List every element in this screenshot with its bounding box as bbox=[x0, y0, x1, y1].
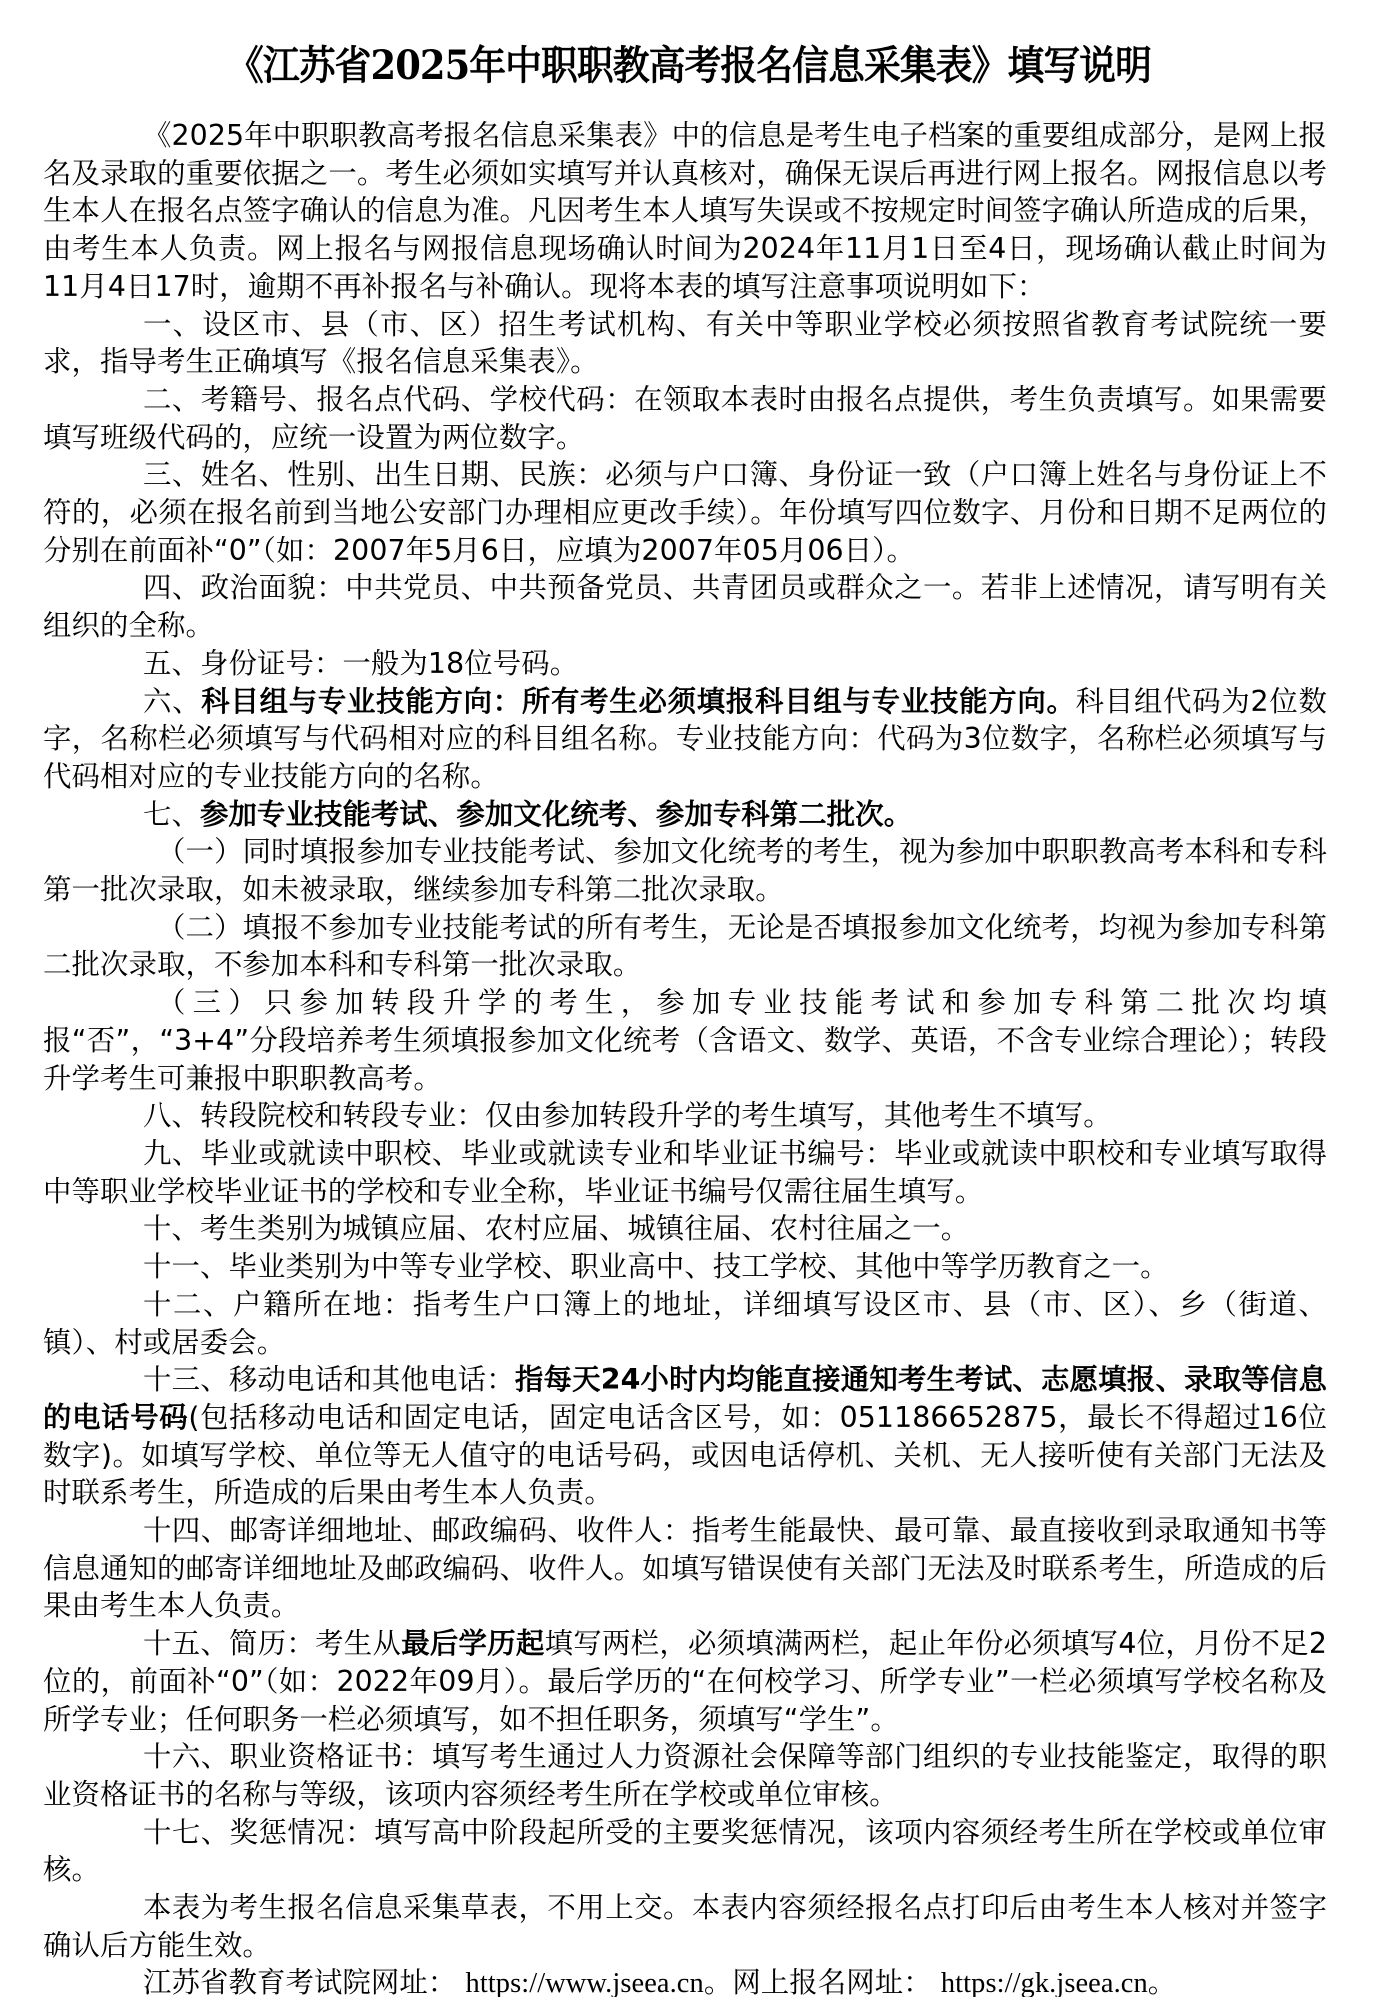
bold-text: 参加专业技能考试、参加文化统考、参加专科第二批次。 bbox=[200, 798, 912, 831]
paragraph-item-7: 七、参加专业技能考试、参加文化统考、参加专科第二批次。 bbox=[43, 796, 1327, 834]
paragraph-item-13: 十三、移动电话和其他电话：指每天24小时内均能直接通知考生考试、志愿填报、录取等… bbox=[43, 1361, 1327, 1512]
bold-text: 最后学历起 bbox=[401, 1627, 544, 1660]
text-segment: 十二、户籍所在地：指考生户口簿上的地址，详细填写设区市、县（市、区）、乡（街道、… bbox=[43, 1288, 1327, 1359]
text-segment: 《2025年中职职教高考报名信息采集表》中的信息是考生电子档案的重要组成部分，是… bbox=[43, 119, 1327, 303]
paragraph-item-2: 二、考籍号、报名点代码、学校代码：在领取本表时由报名点提供，考生负责填写。如果需… bbox=[43, 381, 1327, 456]
text-segment: 十七、奖惩情况：填写高中阶段起所受的主要奖惩情况，该项内容须经考生所在学校或单位… bbox=[43, 1816, 1327, 1887]
paragraph-item-7-1: （一）同时填报参加专业技能考试、参加文化统考的考生，视为参加中职职教高考本科和专… bbox=[43, 833, 1327, 908]
paragraph-item-11: 十一、毕业类别为中等专业学校、职业高中、技工学校、其他中等学历教育之一。 bbox=[43, 1248, 1327, 1286]
paragraph-item-5: 五、身份证号：一般为18位号码。 bbox=[43, 645, 1327, 683]
paragraph-item-10: 十、考生类别为城镇应届、农村应届、城镇往届、农村往届之一。 bbox=[43, 1210, 1327, 1248]
registration-label: 网上报名网址： bbox=[732, 1966, 931, 1997]
paragraph-item-15: 十五、简历：考生从最后学历起填写两栏，必须填满两栏，起止年份必须填写4位，月份不… bbox=[43, 1625, 1327, 1738]
paragraph-item-17: 十七、奖惩情况：填写高中阶段起所受的主要奖惩情况，该项内容须经考生所在学校或单位… bbox=[43, 1814, 1327, 1889]
document-page: 《江苏省2025年中职职教高考报名信息采集表》填写说明 《2025年中职职教高考… bbox=[0, 0, 1378, 1997]
registration-link[interactable]: https://gk.jseea.cn bbox=[941, 1968, 1148, 1997]
paragraph-item-14: 十四、邮寄详细地址、邮政编码、收件人：指考生能最快、最可靠、最直接收到录取通知书… bbox=[43, 1512, 1327, 1625]
text-segment: 十五、简历：考生从 bbox=[143, 1627, 401, 1660]
text-segment: 五、身份证号：一般为18位号码。 bbox=[143, 647, 578, 680]
paragraph-item-3: 三、姓名、性别、出生日期、民族：必须与户口簿、身份证一致（户口簿上姓名与身份证上… bbox=[43, 456, 1327, 569]
text-segment: 本表为考生报名信息采集草表，不用上交。本表内容须经报名点打印后由考生本人核对并签… bbox=[43, 1891, 1327, 1962]
text-segment: 七、 bbox=[143, 798, 200, 831]
footer-links-line: 江苏省教育考试院网址： https://www.jseea.cn。网上报名网址：… bbox=[43, 1964, 1327, 1997]
paragraph-item-6: 六、科目组与专业技能方向：所有考生必须填报科目组与专业技能方向。科目组代码为2位… bbox=[43, 683, 1327, 796]
text-segment: (包括移动电话和固定电话，固定电话含区号，如：051186652875，最长不得… bbox=[43, 1401, 1327, 1509]
paragraph-item-1: 一、设区市、县（市、区）招生考试机构、有关中等职业学校必须按照省教育考试院统一要… bbox=[43, 306, 1327, 381]
exam-site-label: 江苏省教育考试院网址： bbox=[143, 1966, 456, 1997]
bold-text: 科目组与专业技能方向：所有考生必须填报科目组与专业技能方向。 bbox=[201, 685, 1075, 718]
paragraph-item-12: 十二、户籍所在地：指考生户口簿上的地址，详细填写设区市、县（市、区）、乡（街道、… bbox=[43, 1286, 1327, 1361]
text-segment: （二）填报不参加专业技能考试的所有考生，无论是否填报参加文化统考，均视为参加专科… bbox=[43, 911, 1327, 982]
text-segment: （一）同时填报参加专业技能考试、参加文化统考的考生，视为参加中职职教高考本科和专… bbox=[43, 835, 1327, 906]
text-segment: 八、转段院校和转段专业：仅由参加转段升学的考生填写，其他考生不填写。 bbox=[143, 1099, 1112, 1132]
text-segment: 十一、毕业类别为中等专业学校、职业高中、技工学校、其他中等学历教育之一。 bbox=[143, 1250, 1169, 1283]
paragraph-item-8: 八、转段院校和转段专业：仅由参加转段升学的考生填写，其他考生不填写。 bbox=[43, 1097, 1327, 1135]
paragraph-note: 本表为考生报名信息采集草表，不用上交。本表内容须经报名点打印后由考生本人核对并签… bbox=[43, 1889, 1327, 1964]
line-end: 。 bbox=[1148, 1966, 1177, 1997]
document-body: 《2025年中职职教高考报名信息采集表》中的信息是考生电子档案的重要组成部分，是… bbox=[43, 117, 1327, 1997]
text-segment: 十、考生类别为城镇应届、农村应届、城镇往届、农村往届之一。 bbox=[143, 1212, 969, 1245]
exam-site-link[interactable]: https://www.jseea.cn bbox=[466, 1968, 704, 1997]
text-segment: 十三、移动电话和其他电话： bbox=[143, 1363, 515, 1396]
text-segment: （三）只参加转段升学的考生，参加专业技能考试和参加专科第二批次均填报“否”，“3… bbox=[43, 986, 1327, 1094]
paragraph-intro: 《2025年中职职教高考报名信息采集表》中的信息是考生电子档案的重要组成部分，是… bbox=[43, 117, 1327, 306]
text-segment: 二、考籍号、报名点代码、学校代码：在领取本表时由报名点提供，考生负责填写。如果需… bbox=[43, 383, 1327, 454]
text-segment: 四、政治面貌：中共党员、中共预备党员、共青团员或群众之一。若非上述情况，请写明有… bbox=[43, 571, 1327, 642]
paragraph-item-7-3: （三）只参加转段升学的考生，参加专业技能考试和参加专科第二批次均填报“否”，“3… bbox=[43, 984, 1327, 1097]
paragraph-item-16: 十六、职业资格证书：填写考生通过人力资源社会保障等部门组织的专业技能鉴定，取得的… bbox=[43, 1738, 1327, 1813]
paragraph-item-9: 九、毕业或就读中职校、毕业或就读专业和毕业证书编号：毕业或就读中职校和专业填写取… bbox=[43, 1135, 1327, 1210]
text-segment: 一、设区市、县（市、区）招生考试机构、有关中等职业学校必须按照省教育考试院统一要… bbox=[43, 308, 1327, 379]
text-segment: 三、姓名、性别、出生日期、民族：必须与户口簿、身份证一致（户口簿上姓名与身份证上… bbox=[43, 458, 1327, 566]
text-segment: 十六、职业资格证书：填写考生通过人力资源社会保障等部门组织的专业技能鉴定，取得的… bbox=[43, 1740, 1327, 1811]
separator: 。 bbox=[704, 1966, 733, 1997]
text-segment: 十四、邮寄详细地址、邮政编码、收件人：指考生能最快、最可靠、最直接收到录取通知书… bbox=[43, 1514, 1327, 1622]
paragraph-item-7-2: （二）填报不参加专业技能考试的所有考生，无论是否填报参加文化统考，均视为参加专科… bbox=[43, 909, 1327, 984]
paragraph-item-4: 四、政治面貌：中共党员、中共预备党员、共青团员或群众之一。若非上述情况，请写明有… bbox=[43, 569, 1327, 644]
text-segment: 六、 bbox=[143, 685, 201, 718]
text-segment: 九、毕业或就读中职校、毕业或就读专业和毕业证书编号：毕业或就读中职校和专业填写取… bbox=[43, 1137, 1327, 1208]
document-title: 《江苏省2025年中职职教高考报名信息采集表》填写说明 bbox=[55, 38, 1323, 94]
